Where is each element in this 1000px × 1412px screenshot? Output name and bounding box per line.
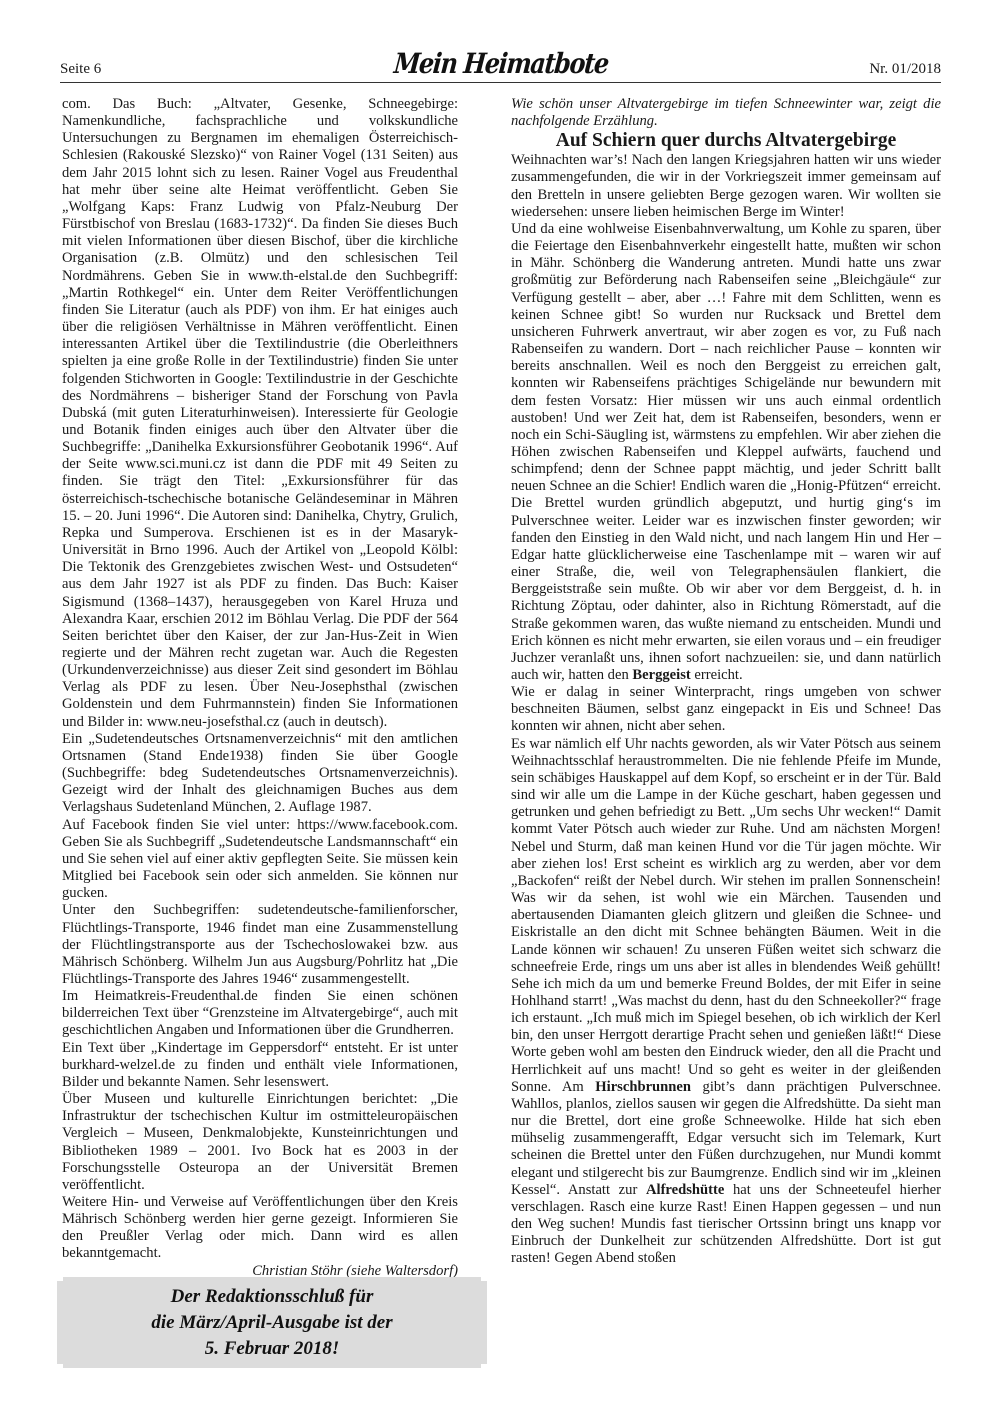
paragraph: Über Museen und kulturelle Einrichtungen… (62, 1091, 458, 1194)
issue-number: Nr. 01/2018 (869, 61, 941, 78)
place-name-bold: Berggeist (632, 667, 690, 683)
paragraph: Weitere Hin- und Verweise auf Veröffentl… (62, 1194, 458, 1263)
article-title: Auf Schiern quer durchs Altvatergebirge (511, 130, 941, 152)
text-run: erreicht. (691, 667, 743, 683)
paragraph: Im Heimatkreis-Freudenthal.de finden Sie… (62, 988, 458, 1039)
paragraph: Ein Text über „Kindertage im Geppersdorf… (62, 1040, 458, 1091)
notice-line: 5. Februar 2018! (205, 1336, 340, 1362)
text-run: Und da eine wohlweise Eisenbahnverwaltun… (511, 221, 941, 683)
right-column: Wie schön unser Altvatergebirge im tiefe… (511, 96, 941, 1267)
paragraph: Unter den Suchbegriffen: sudetendeutsche… (62, 902, 458, 988)
text-run: gibt’s dann prächtigen Pulverschnee. Wah… (511, 1079, 941, 1198)
text-run: Es war nämlich elf Uhr nachts geworden, … (511, 736, 941, 1095)
page-header: Seite 6 Mein Heimatbote Nr. 01/2018 (60, 44, 941, 83)
paragraph: com. Das Buch: „Altvater, Gesenke, Schne… (62, 96, 458, 731)
paragraph: Ein „Sudetendeutsches Ortsnamenverzeichn… (62, 731, 458, 817)
place-name-bold: Alfredshütte (646, 1182, 724, 1198)
deadline-notice-box: Der Redaktionsschluß für die März/April-… (57, 1277, 487, 1368)
notice-line: Der Redaktionsschluß für (171, 1284, 374, 1310)
page-number: Seite 6 (60, 61, 101, 78)
paragraph: Es war nämlich elf Uhr nachts geworden, … (511, 736, 941, 1268)
paragraph: Wie er dalag in seiner Winterpracht, rin… (511, 684, 941, 735)
paragraph: Und da eine wohlweise Eisenbahnverwaltun… (511, 221, 941, 684)
notice-line: die März/April-Ausgabe ist der (151, 1310, 392, 1336)
article-intro: Wie schön unser Altvatergebirge im tiefe… (511, 96, 941, 130)
paragraph: Auf Facebook finden Sie viel unter: http… (62, 817, 458, 903)
masthead-title: Mein Heimatbote (392, 47, 609, 80)
paragraph: Weihnachten war’s! Nach den langen Krieg… (511, 152, 941, 221)
masthead-logo: Mein Heimatbote (375, 47, 627, 80)
place-name-bold: Hirschbrunnen (595, 1079, 691, 1095)
left-column: com. Das Buch: „Altvater, Gesenke, Schne… (62, 96, 458, 1280)
